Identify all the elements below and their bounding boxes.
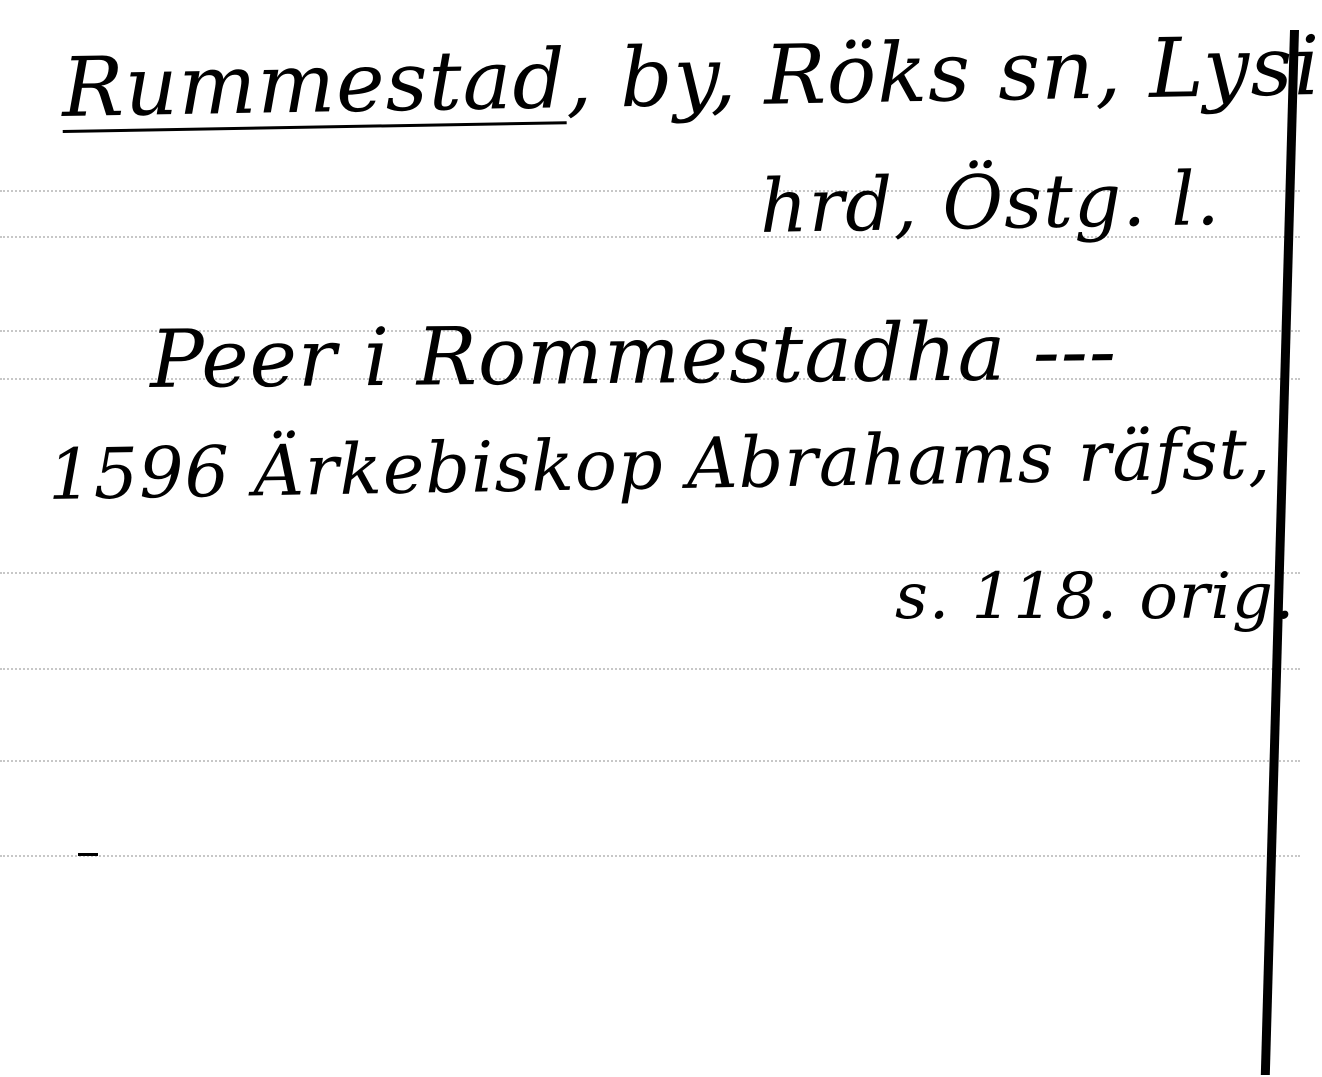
index-card: Rummestad, by, Röks sn, Lysings hrd, Öst… bbox=[0, 0, 1322, 1077]
ruling-line bbox=[0, 855, 1300, 857]
place-description: , by, Röks sn, Lysings bbox=[565, 16, 1322, 127]
stray-mark bbox=[78, 853, 98, 856]
vertical-margin-line bbox=[1261, 30, 1299, 1075]
card-line-2: hrd, Östg. l. bbox=[759, 162, 1221, 244]
card-line-3: Peer i Rommestadha --- bbox=[150, 312, 1118, 400]
ruling-line bbox=[0, 668, 1300, 670]
ruling-line bbox=[0, 760, 1300, 762]
headword: Rummestad bbox=[61, 32, 567, 136]
source-reference: s. 118. orig. bbox=[895, 565, 1295, 629]
card-line-4: 1596 Ärkebiskop Abrahams räfst, bbox=[47, 419, 1271, 510]
card-line-1: Rummestad, by, Röks sn, Lysings bbox=[61, 23, 1322, 130]
